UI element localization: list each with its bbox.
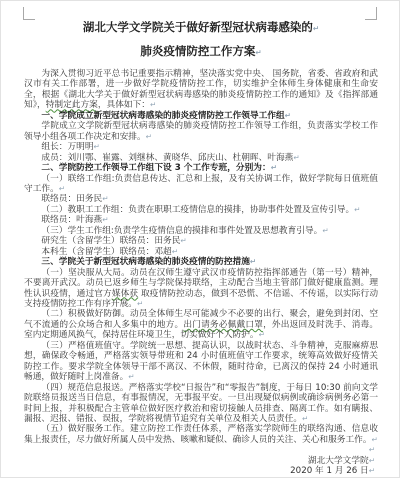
paragraph-mark: ↵ [369, 445, 375, 455]
section-2-heading: 二、学院防控工作领导工作组下设 3 个工作专班，分别为：↵ [24, 163, 378, 173]
paragraph-mark: ↵ [313, 18, 319, 40]
paragraph-mark: ↵ [302, 414, 308, 424]
title-line-2: 肺炎疫情防控工作方案↵ [24, 40, 378, 64]
paragraph-mark: ↵ [128, 372, 134, 382]
paragraph-mark: ↵ [255, 42, 261, 64]
paragraph-mark: ↵ [172, 247, 178, 257]
signature-organization: 湖北大学文学院↵ [24, 456, 378, 466]
grammar-underlined-text: 特制定此方案 [46, 100, 98, 110]
paragraph-mark: ↵ [94, 142, 100, 152]
paragraph-mark: ↵ [250, 257, 256, 267]
paragraph-mark: ↵ [354, 205, 360, 215]
section-2-item-2-contact: 联络员：叶海燕↵ [24, 215, 378, 225]
paragraph-mark: ↵ [369, 456, 375, 466]
paragraph-mark: ↵ [271, 163, 277, 173]
section-1-heading: 一、学院成立新型冠状病毒感染的肺炎疫情防控工作领导工作组↵ [24, 111, 378, 121]
group-members-line: 成员：刘川鄂、崔露、刘继林、黄晓华、邱庆山、杜朝晖、叶海燕↵ [24, 153, 378, 163]
section-2-item-3: （三）学生工作组:负责学生疫情信息的摸排和事件处置及思想教育引导。↵ [24, 226, 378, 236]
empty-paragraph: ↵ [24, 445, 378, 455]
intro-paragraph: 为深入贯彻习近平总书记重要指示精神，坚决落实党中央、 国务院，省委、省政府和武汉… [24, 69, 378, 111]
section-2-item-1-contact: 联络员：田务民↵ [24, 194, 378, 204]
paragraph-mark: ↵ [102, 215, 108, 225]
group-leader-line: 组长：万明明↵ [24, 142, 378, 152]
section-2-item-3-grad-contact: 研究生（含留学生）联络员：田务民↵ [24, 236, 378, 246]
measure-2-paragraph: （二）积极做好防御。动员全体师生尽可能减少不必要的出行、聚会，避免到封闭、空气不… [24, 309, 378, 340]
section-3-heading: 三、学院关于新型冠状病毒感染的肺炎疫情的防控措施↵ [24, 257, 378, 267]
paragraph-mark: ↵ [59, 184, 65, 194]
grammar-underlined-text: 媒体获 [112, 289, 138, 299]
paragraph-mark: ↵ [322, 226, 328, 236]
paragraph-mark: ↵ [293, 153, 299, 163]
section-2-item-1: （一）联络工作组:负责信息传达、汇总和上报，及有关协调工作，做好学院每日值班值守… [24, 174, 378, 195]
paragraph-mark: ↵ [150, 100, 156, 110]
section-2-item-3-undergrad-contact: 本科生（含留学生）联络员：邓超↵ [24, 247, 378, 257]
measure-1-paragraph: （一）坚决服从大局。动员在汉师生遵守武汉市疫情防控指挥部通告（第一号）精神，不要… [24, 268, 378, 310]
document-page: 湖北大学文学院关于做好新型冠状病毒感染的↵ 肺炎疫情防控工作方案↵ 为深入贯彻习… [0, 0, 400, 478]
section-2-item-2: （二）教职工工作组：负责在职职工疫情信息的摸排，协助事件处置及宣传引导。↵ [24, 205, 378, 215]
measure-3-paragraph: （三）严格值班值守。学院统一思想、提高认识，以战时状态、斗争精神，克服麻痹思想，… [24, 341, 378, 383]
section-1-paragraph: 学院成立文学院新型冠状病毒感染的肺炎疫情防控工作领导工作组，负责落实学校工作领导… [24, 121, 378, 142]
paragraph-mark: ↵ [369, 466, 375, 476]
grammar-underlined-text: 出门请务必佩戴口罩 [183, 320, 263, 330]
paragraph-mark: ↵ [259, 330, 265, 340]
document-content: 湖北大学文学院关于做好新型冠状病毒感染的↵ 肺炎疫情防控工作方案↵ 为深入贯彻习… [24, 16, 378, 477]
measure-4-paragraph: （四）规范信息报送。严格落实学校“日报告”和“零报告”制度，于每日 10:30 … [24, 383, 378, 425]
document-title: 湖北大学文学院关于做好新型冠状病毒感染的↵ 肺炎疫情防控工作方案↵ [24, 16, 378, 64]
paragraph-mark: ↵ [137, 299, 143, 309]
paragraph-mark: ↵ [102, 194, 108, 204]
measure-5-paragraph: （五）做好服务工作。建立防控工作责任体系，严格落实学院师生的联络沟通、信息收集上… [24, 424, 378, 445]
title-line-1: 湖北大学文学院关于做好新型冠状病毒感染的↵ [24, 16, 378, 40]
paragraph-mark: ↵ [372, 435, 378, 445]
paragraph-mark: ↵ [180, 236, 186, 246]
paragraph-mark: ↵ [285, 111, 291, 121]
signature-date: 2020 年 1 月 26 日↵ [24, 466, 378, 476]
paragraph-mark: ↵ [146, 132, 152, 142]
